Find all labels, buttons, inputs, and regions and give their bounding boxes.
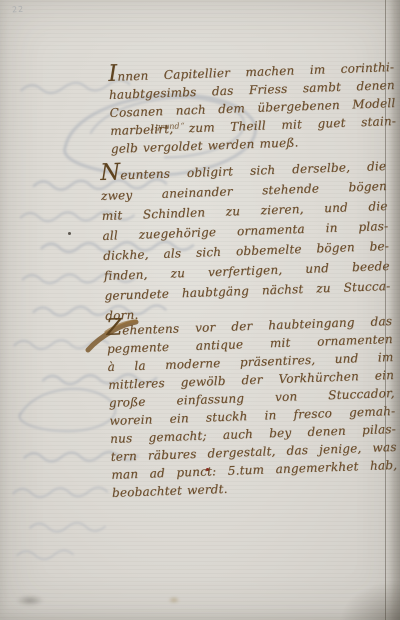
page-edge-shadow xyxy=(385,0,400,620)
manuscript-page: 22 Innen Capitellier machen im corinthi-… xyxy=(0,0,400,620)
bottom-smudge xyxy=(16,595,44,606)
folio-number: 22 xyxy=(12,5,25,15)
ink-speck xyxy=(68,232,71,235)
page-corner-shadow xyxy=(340,580,400,620)
interlinear-insertion: grund xyxy=(150,121,185,131)
paragraph-2: Neuntens obligirt sich derselbe, die zwe… xyxy=(100,156,391,326)
stain-spot xyxy=(168,596,180,604)
paragraph-1: Innen Capitellier machen im corinthi- ha… xyxy=(108,58,397,158)
paragraph-3: Zehentens vor der haubteingang das pegme… xyxy=(106,312,398,502)
red-ink-speck xyxy=(206,468,209,471)
